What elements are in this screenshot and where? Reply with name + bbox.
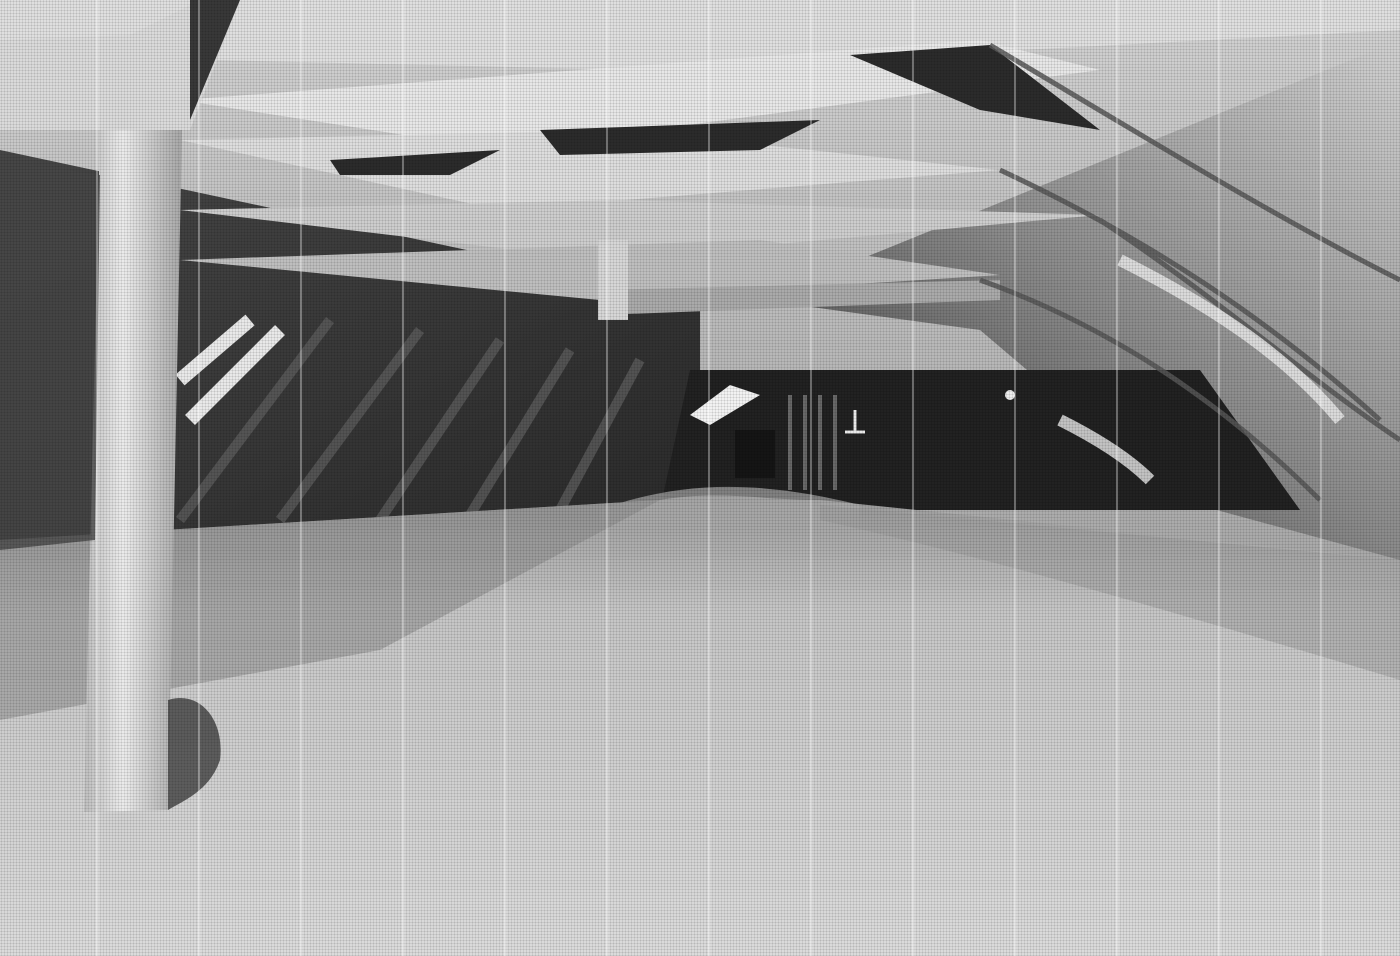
far-opening	[735, 430, 775, 478]
king-post	[598, 240, 628, 320]
left-wall	[0, 160, 100, 550]
attic-photo	[0, 0, 1400, 956]
attic-scene	[0, 0, 1400, 956]
light-spot	[1005, 390, 1015, 400]
